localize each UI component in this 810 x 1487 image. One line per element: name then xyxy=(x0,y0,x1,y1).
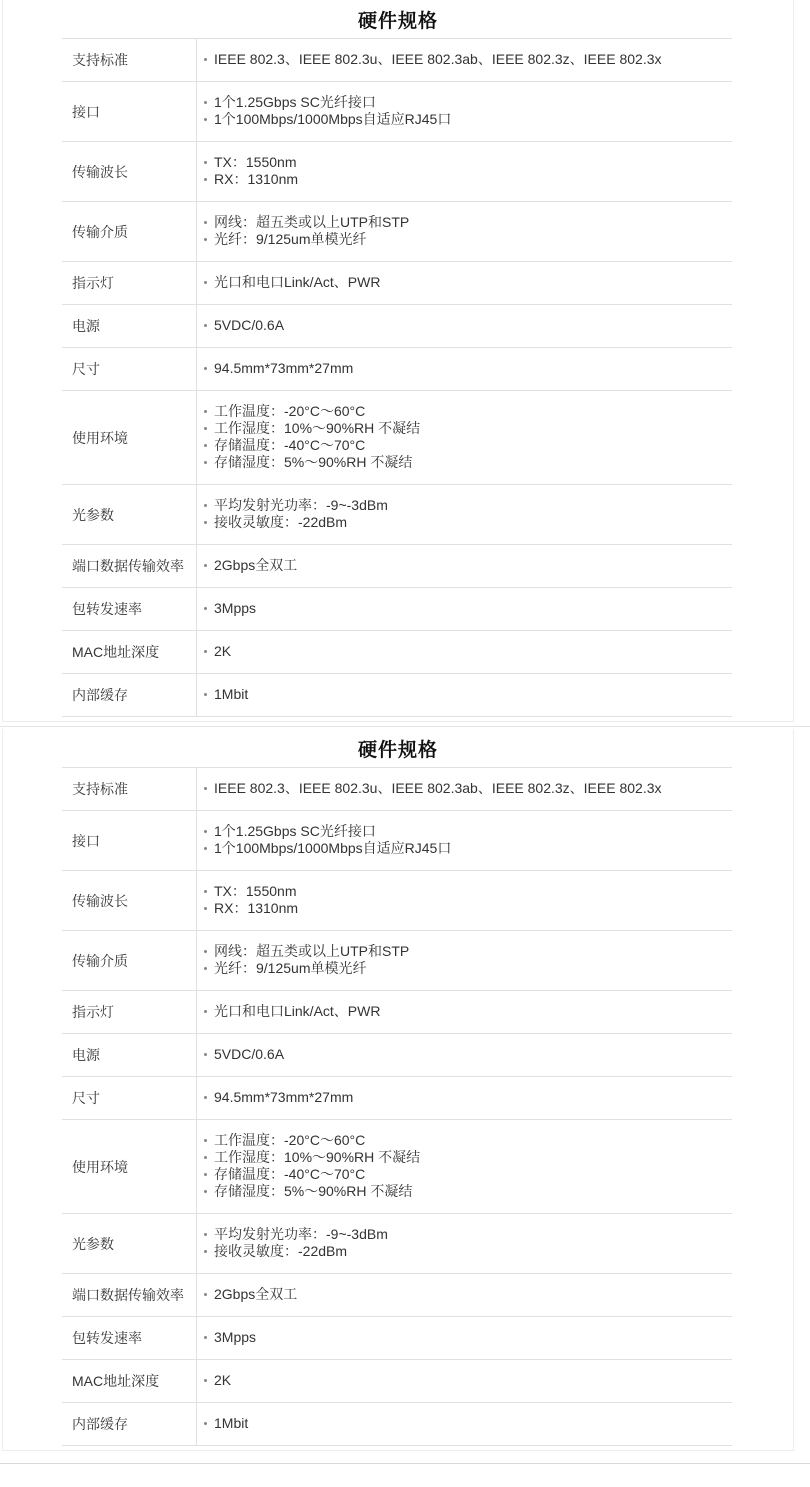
spec-row: 光参数平均发射光功率：-9~-3dBm接收灵敏度：-22dBm xyxy=(62,1213,732,1273)
spec-row-values: 2K xyxy=(197,631,732,673)
spec-value-text: RX：1310nm xyxy=(214,171,298,188)
spec-value-line: 接收灵敏度：-22dBm xyxy=(203,1243,732,1260)
section-divider xyxy=(0,726,810,727)
spec-value-text: 94.5mm*73mm*27mm xyxy=(214,360,353,377)
spec-value-line: 存储湿度：5%～90%RH 不凝结 xyxy=(203,1183,732,1200)
spec-row: 传输波长TX：1550nmRX：1310nm xyxy=(62,870,732,930)
spec-row-label: 尺寸 xyxy=(62,1077,197,1119)
spec-row: 尺寸94.5mm*73mm*27mm xyxy=(62,1076,732,1119)
spec-row-values: 工作温度：-20°C～60°C工作湿度：10%～90%RH 不凝结存储温度：-4… xyxy=(197,1120,732,1213)
spec-value-text: 94.5mm*73mm*27mm xyxy=(214,1089,353,1106)
bullet-dot-icon xyxy=(204,1379,207,1382)
spec-row: MAC地址深度2K xyxy=(62,1359,732,1402)
bullet-dot-icon xyxy=(204,1336,207,1339)
spec-value-text: 接收灵敏度：-22dBm xyxy=(214,514,347,531)
bullet-dot-icon xyxy=(204,521,207,524)
spec-row-label: 光参数 xyxy=(62,1214,197,1273)
bullet-dot-icon xyxy=(204,58,207,61)
spec-value-line: 2Gbps全双工 xyxy=(203,1286,732,1303)
spec-row-values: 工作温度：-20°C～60°C工作湿度：10%～90%RH 不凝结存储温度：-4… xyxy=(197,391,732,484)
spec-row-label: 电源 xyxy=(62,1034,197,1076)
spec-value-line: 1个100Mbps/1000Mbps自适应RJ45口 xyxy=(203,111,732,128)
bullet-dot-icon xyxy=(204,444,207,447)
spec-row: MAC地址深度2K xyxy=(62,630,732,673)
spec-row: 支持标准IEEE 802.3、IEEE 802.3u、IEEE 802.3ab、… xyxy=(62,767,732,810)
spec-row-label: 尺寸 xyxy=(62,348,197,390)
spec-value-line: 光口和电口Link/Act、PWR xyxy=(203,1003,732,1020)
bullet-dot-icon xyxy=(204,650,207,653)
bullet-dot-icon xyxy=(204,1173,207,1176)
bullet-dot-icon xyxy=(204,118,207,121)
spec-row-label: 电源 xyxy=(62,305,197,347)
bullet-dot-icon xyxy=(204,161,207,164)
spec-row-values: 1Mbit xyxy=(197,1403,732,1445)
bullet-dot-icon xyxy=(204,504,207,507)
spec-value-text: TX：1550nm xyxy=(214,883,296,900)
spec-row-label: 传输介质 xyxy=(62,202,197,261)
spec-row: 传输介质网线：超五类或以上UTP和STP光纤：9/125um单模光纤 xyxy=(62,930,732,990)
bullet-dot-icon xyxy=(204,693,207,696)
spec-row-values: 1个1.25Gbps SC光纤接口1个100Mbps/1000Mbps自适应RJ… xyxy=(197,811,732,870)
spec-value-line: 网线：超五类或以上UTP和STP xyxy=(203,943,732,960)
spec-value-line: 光纤：9/125um单模光纤 xyxy=(203,960,732,977)
bullet-dot-icon xyxy=(204,1156,207,1159)
spec-value-text: 1个100Mbps/1000Mbps自适应RJ45口 xyxy=(214,111,451,128)
spec-value-text: 存储温度：-40°C～70°C xyxy=(214,437,365,454)
bullet-dot-icon xyxy=(204,324,207,327)
spec-row-label: 内部缓存 xyxy=(62,674,197,716)
spec-row-label: 接口 xyxy=(62,811,197,870)
spec-row-values: 2Gbps全双工 xyxy=(197,545,732,587)
spec-value-text: 存储湿度：5%～90%RH 不凝结 xyxy=(214,1183,412,1200)
spec-row-values: 2K xyxy=(197,1360,732,1402)
bullet-dot-icon xyxy=(204,178,207,181)
spec-row-label: 使用环境 xyxy=(62,1120,197,1213)
spec-row: 包转发速率3Mpps xyxy=(62,587,732,630)
bullet-dot-icon xyxy=(204,221,207,224)
bullet-dot-icon xyxy=(204,1096,207,1099)
spec-row: 包转发速率3Mpps xyxy=(62,1316,732,1359)
spec-value-line: RX：1310nm xyxy=(203,171,732,188)
spec-row-label: 端口数据传输效率 xyxy=(62,1274,197,1316)
spec-value-line: 网线：超五类或以上UTP和STP xyxy=(203,214,732,231)
bullet-dot-icon xyxy=(204,238,207,241)
spec-value-line: 工作温度：-20°C～60°C xyxy=(203,1132,732,1149)
spec-value-text: 1Mbit xyxy=(214,686,248,703)
spec-value-text: 5VDC/0.6A xyxy=(214,1046,284,1063)
spec-value-text: 网线：超五类或以上UTP和STP xyxy=(214,943,409,960)
spec-value-line: IEEE 802.3、IEEE 802.3u、IEEE 802.3ab、IEEE… xyxy=(203,780,732,797)
spec-row: 传输波长TX：1550nmRX：1310nm xyxy=(62,141,732,201)
spec-row-label: 内部缓存 xyxy=(62,1403,197,1445)
spec-value-line: 光口和电口Link/Act、PWR xyxy=(203,274,732,291)
spec-row: 内部缓存1Mbit xyxy=(62,1402,732,1445)
spec-row: 端口数据传输效率2Gbps全双工 xyxy=(62,544,732,587)
spec-value-text: 工作温度：-20°C～60°C xyxy=(214,403,365,420)
spec-value-line: 1个1.25Gbps SC光纤接口 xyxy=(203,823,732,840)
bullet-dot-icon xyxy=(204,787,207,790)
spec-value-text: 2Gbps全双工 xyxy=(214,557,297,574)
spec-value-text: 2K xyxy=(214,1372,231,1389)
spec-row-label: MAC地址深度 xyxy=(62,631,197,673)
spec-value-line: 存储温度：-40°C～70°C xyxy=(203,1166,732,1183)
bullet-dot-icon xyxy=(204,830,207,833)
spec-row: 接口1个1.25Gbps SC光纤接口1个100Mbps/1000Mbps自适应… xyxy=(62,810,732,870)
spec-row-values: 5VDC/0.6A xyxy=(197,305,732,347)
spec-row-values: 94.5mm*73mm*27mm xyxy=(197,348,732,390)
spec-value-line: 5VDC/0.6A xyxy=(203,1046,732,1063)
spec-row-values: 3Mpps xyxy=(197,1317,732,1359)
spec-row-label: 传输介质 xyxy=(62,931,197,990)
spec-value-text: 存储湿度：5%～90%RH 不凝结 xyxy=(214,454,412,471)
bullet-dot-icon xyxy=(204,101,207,104)
spec-value-text: 3Mpps xyxy=(214,600,256,617)
bullet-dot-icon xyxy=(204,847,207,850)
bullet-dot-icon xyxy=(204,1293,207,1296)
spec-value-line: 3Mpps xyxy=(203,600,732,617)
spec-row: 接口1个1.25Gbps SC光纤接口1个100Mbps/1000Mbps自适应… xyxy=(62,81,732,141)
spec-row-label: 接口 xyxy=(62,82,197,141)
spec-row-values: 平均发射光功率：-9~-3dBm接收灵敏度：-22dBm xyxy=(197,1214,732,1273)
spec-row: 使用环境工作温度：-20°C～60°C工作湿度：10%～90%RH 不凝结存储温… xyxy=(62,390,732,484)
bullet-dot-icon xyxy=(204,1010,207,1013)
spec-value-line: 1Mbit xyxy=(203,686,732,703)
spec-value-line: 5VDC/0.6A xyxy=(203,317,732,334)
spec-value-line: 3Mpps xyxy=(203,1329,732,1346)
spec-value-text: 存储温度：-40°C～70°C xyxy=(214,1166,365,1183)
spec-value-line: RX：1310nm xyxy=(203,900,732,917)
spec-row: 光参数平均发射光功率：-9~-3dBm接收灵敏度：-22dBm xyxy=(62,484,732,544)
spec-card-2: 硬件规格 支持标准IEEE 802.3、IEEE 802.3u、IEEE 802… xyxy=(2,729,794,1451)
spec-row-values: 3Mpps xyxy=(197,588,732,630)
spec-value-line: 平均发射光功率：-9~-3dBm xyxy=(203,497,732,514)
spec-row-values: TX：1550nmRX：1310nm xyxy=(197,142,732,201)
spec-row-values: 光口和电口Link/Act、PWR xyxy=(197,262,732,304)
spec-value-text: 2Gbps全双工 xyxy=(214,1286,297,1303)
spec-value-line: 94.5mm*73mm*27mm xyxy=(203,1089,732,1106)
spec-table: 支持标准IEEE 802.3、IEEE 802.3u、IEEE 802.3ab、… xyxy=(62,767,732,1446)
spec-row: 指示灯光口和电口Link/Act、PWR xyxy=(62,990,732,1033)
spec-row: 支持标准IEEE 802.3、IEEE 802.3u、IEEE 802.3ab、… xyxy=(62,38,732,81)
spec-value-text: 1个1.25Gbps SC光纤接口 xyxy=(214,823,376,840)
bullet-dot-icon xyxy=(204,890,207,893)
spec-value-line: 2Gbps全双工 xyxy=(203,557,732,574)
spec-value-line: 工作湿度：10%～90%RH 不凝结 xyxy=(203,420,732,437)
spec-card-title: 硬件规格 xyxy=(3,729,793,767)
spec-row-values: 光口和电口Link/Act、PWR xyxy=(197,991,732,1033)
spec-row-label: 端口数据传输效率 xyxy=(62,545,197,587)
spec-value-line: 存储温度：-40°C～70°C xyxy=(203,437,732,454)
spec-value-text: 平均发射光功率：-9~-3dBm xyxy=(214,1226,388,1243)
spec-value-line: 1个1.25Gbps SC光纤接口 xyxy=(203,94,732,111)
spec-value-text: 光纤：9/125um单模光纤 xyxy=(214,231,366,248)
spec-table: 支持标准IEEE 802.3、IEEE 802.3u、IEEE 802.3ab、… xyxy=(62,38,732,717)
spec-value-text: 2K xyxy=(214,643,231,660)
spec-row: 电源5VDC/0.6A xyxy=(62,1033,732,1076)
spec-value-text: IEEE 802.3、IEEE 802.3u、IEEE 802.3ab、IEEE… xyxy=(214,780,662,797)
spec-row: 使用环境工作温度：-20°C～60°C工作湿度：10%～90%RH 不凝结存储温… xyxy=(62,1119,732,1213)
spec-value-text: 接收灵敏度：-22dBm xyxy=(214,1243,347,1260)
spec-row-values: 网线：超五类或以上UTP和STP光纤：9/125um单模光纤 xyxy=(197,202,732,261)
bullet-dot-icon xyxy=(204,564,207,567)
spec-value-text: 光口和电口Link/Act、PWR xyxy=(214,274,380,291)
spec-value-line: 2K xyxy=(203,1372,732,1389)
spec-row-label: 指示灯 xyxy=(62,991,197,1033)
spec-value-line: 工作温度：-20°C～60°C xyxy=(203,403,732,420)
spec-row-values: TX：1550nmRX：1310nm xyxy=(197,871,732,930)
spec-value-text: TX：1550nm xyxy=(214,154,296,171)
spec-value-line: 光纤：9/125um单模光纤 xyxy=(203,231,732,248)
spec-card-title: 硬件规格 xyxy=(3,0,793,38)
bullet-dot-icon xyxy=(204,367,207,370)
spec-value-text: 1Mbit xyxy=(214,1415,248,1432)
spec-row-label: 光参数 xyxy=(62,485,197,544)
spec-value-text: 工作湿度：10%～90%RH 不凝结 xyxy=(214,420,420,437)
bullet-dot-icon xyxy=(204,1139,207,1142)
spec-row: 传输介质网线：超五类或以上UTP和STP光纤：9/125um单模光纤 xyxy=(62,201,732,261)
bullet-dot-icon xyxy=(204,907,207,910)
spec-row-label: 使用环境 xyxy=(62,391,197,484)
spec-row-label: 指示灯 xyxy=(62,262,197,304)
spec-row: 端口数据传输效率2Gbps全双工 xyxy=(62,1273,732,1316)
spec-value-text: 光口和电口Link/Act、PWR xyxy=(214,1003,380,1020)
bullet-dot-icon xyxy=(204,461,207,464)
spec-row-values: 平均发射光功率：-9~-3dBm接收灵敏度：-22dBm xyxy=(197,485,732,544)
spec-value-line: 1个100Mbps/1000Mbps自适应RJ45口 xyxy=(203,840,732,857)
spec-row-label: 包转发速率 xyxy=(62,588,197,630)
spec-row-values: IEEE 802.3、IEEE 802.3u、IEEE 802.3ab、IEEE… xyxy=(197,39,732,81)
spec-value-text: 工作湿度：10%～90%RH 不凝结 xyxy=(214,1149,420,1166)
spec-row-values: 5VDC/0.6A xyxy=(197,1034,732,1076)
spec-row-label: 传输波长 xyxy=(62,871,197,930)
spec-value-line: 接收灵敏度：-22dBm xyxy=(203,514,732,531)
spec-row-label: 传输波长 xyxy=(62,142,197,201)
spec-value-line: 存储湿度：5%～90%RH 不凝结 xyxy=(203,454,732,471)
spec-value-text: 1个1.25Gbps SC光纤接口 xyxy=(214,94,376,111)
spec-value-text: 5VDC/0.6A xyxy=(214,317,284,334)
spec-value-text: IEEE 802.3、IEEE 802.3u、IEEE 802.3ab、IEEE… xyxy=(214,51,662,68)
spec-row-label: MAC地址深度 xyxy=(62,1360,197,1402)
spec-row: 尺寸94.5mm*73mm*27mm xyxy=(62,347,732,390)
spec-row-values: 1个1.25Gbps SC光纤接口1个100Mbps/1000Mbps自适应RJ… xyxy=(197,82,732,141)
bottom-divider xyxy=(0,1463,810,1464)
spec-value-text: 1个100Mbps/1000Mbps自适应RJ45口 xyxy=(214,840,451,857)
spec-value-line: 平均发射光功率：-9~-3dBm xyxy=(203,1226,732,1243)
bullet-dot-icon xyxy=(204,1053,207,1056)
spec-value-line: 1Mbit xyxy=(203,1415,732,1432)
bullet-dot-icon xyxy=(204,967,207,970)
bullet-dot-icon xyxy=(204,1422,207,1425)
spec-row-values: 1Mbit xyxy=(197,674,732,716)
spec-value-text: 工作温度：-20°C～60°C xyxy=(214,1132,365,1149)
spec-value-text: 3Mpps xyxy=(214,1329,256,1346)
spec-value-line: 94.5mm*73mm*27mm xyxy=(203,360,732,377)
spec-row-values: 94.5mm*73mm*27mm xyxy=(197,1077,732,1119)
spec-row: 指示灯光口和电口Link/Act、PWR xyxy=(62,261,732,304)
spec-row: 电源5VDC/0.6A xyxy=(62,304,732,347)
bullet-dot-icon xyxy=(204,427,207,430)
bullet-dot-icon xyxy=(204,410,207,413)
bullet-dot-icon xyxy=(204,1190,207,1193)
spec-row-label: 支持标准 xyxy=(62,768,197,810)
spec-row-label: 包转发速率 xyxy=(62,1317,197,1359)
spec-value-line: TX：1550nm xyxy=(203,883,732,900)
bullet-dot-icon xyxy=(204,281,207,284)
spec-row-values: IEEE 802.3、IEEE 802.3u、IEEE 802.3ab、IEEE… xyxy=(197,768,732,810)
spec-value-line: TX：1550nm xyxy=(203,154,732,171)
bullet-dot-icon xyxy=(204,1250,207,1253)
spec-value-text: 光纤：9/125um单模光纤 xyxy=(214,960,366,977)
spec-value-line: IEEE 802.3、IEEE 802.3u、IEEE 802.3ab、IEEE… xyxy=(203,51,732,68)
spec-value-text: RX：1310nm xyxy=(214,900,298,917)
spec-row-values: 2Gbps全双工 xyxy=(197,1274,732,1316)
product-spec-page: 硬件规格 支持标准IEEE 802.3、IEEE 802.3u、IEEE 802… xyxy=(0,0,810,1464)
spec-value-text: 平均发射光功率：-9~-3dBm xyxy=(214,497,388,514)
spec-card-1: 硬件规格 支持标准IEEE 802.3、IEEE 802.3u、IEEE 802… xyxy=(2,0,794,722)
spec-value-text: 网线：超五类或以上UTP和STP xyxy=(214,214,409,231)
spec-value-line: 工作湿度：10%～90%RH 不凝结 xyxy=(203,1149,732,1166)
spec-row-values: 网线：超五类或以上UTP和STP光纤：9/125um单模光纤 xyxy=(197,931,732,990)
bullet-dot-icon xyxy=(204,950,207,953)
spec-value-line: 2K xyxy=(203,643,732,660)
bullet-dot-icon xyxy=(204,607,207,610)
bullet-dot-icon xyxy=(204,1233,207,1236)
spec-row: 内部缓存1Mbit xyxy=(62,673,732,716)
spec-row-label: 支持标准 xyxy=(62,39,197,81)
